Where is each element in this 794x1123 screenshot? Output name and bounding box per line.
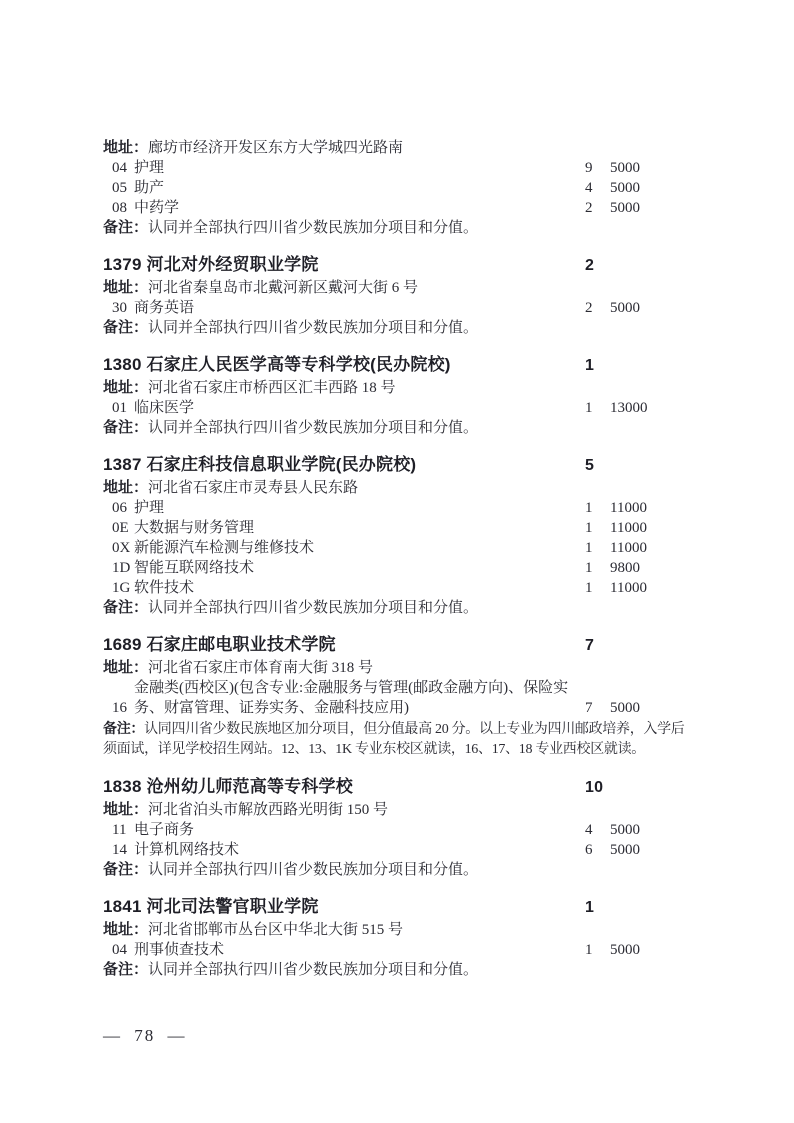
- major-row: 11电子商务45000: [103, 820, 691, 840]
- school-section: 1379 河北对外经贸职业学院2 地址：河北省秦皇岛市北戴河新区戴河大街 6 号…: [103, 253, 691, 338]
- admit-count: 1: [585, 940, 610, 960]
- major-name: 护理: [134, 158, 585, 178]
- major-name: 刑事侦查技术: [134, 940, 585, 960]
- remark-line: 备注：认同并全部执行四川省少数民族加分项目和分值。: [103, 598, 691, 618]
- school-section: 地址：廊坊市经济开发区东方大学城四光路南 04护理95000 05助产45000…: [103, 138, 691, 238]
- school-section: 1380 石家庄人民医学高等专科学校(民办院校)1 地址：河北省石家庄市桥西区汇…: [103, 353, 691, 438]
- admit-count: 7: [585, 698, 610, 718]
- major-code: 06: [112, 498, 134, 518]
- admit-count: 4: [585, 820, 610, 840]
- major-name: 商务英语: [134, 298, 585, 318]
- remark-line: 备注：认同并全部执行四川省少数民族加分项目和分值。: [103, 318, 691, 338]
- document-page: 地址：廊坊市经济开发区东方大学城四光路南 04护理95000 05助产45000…: [0, 0, 794, 1123]
- major-row: 14计算机网络技术65000: [103, 840, 691, 860]
- school-title: 1841 河北司法警官职业学院: [103, 895, 585, 919]
- address-line: 地址：河北省泊头市解放西路光明街 150 号: [103, 800, 691, 820]
- tuition-fee: 5000: [610, 158, 691, 178]
- major-row: 04护理95000: [103, 158, 691, 178]
- school-title: 1689 石家庄邮电职业技术学院: [103, 633, 585, 657]
- school-header: 1380 石家庄人民医学高等专科学校(民办院校)1: [103, 353, 691, 378]
- major-row: 01临床医学113000: [103, 398, 691, 418]
- major-code: 01: [112, 398, 134, 418]
- address-text: 廊坊市经济开发区东方大学城四光路南: [148, 140, 403, 156]
- school-header: 1841 河北司法警官职业学院1: [103, 895, 691, 920]
- major-name: 电子商务: [134, 820, 585, 840]
- school-title: 1379 河北对外经贸职业学院: [103, 253, 585, 277]
- remark-text: 认同并全部执行四川省少数民族加分项目和分值。: [148, 600, 478, 616]
- address-text: 河北省秦皇岛市北戴河新区戴河大街 6 号: [148, 280, 418, 296]
- address-text: 河北省石家庄市灵寿县人民东路: [148, 480, 358, 496]
- address-label: 地址：: [103, 659, 148, 676]
- tuition-fee: 5000: [610, 840, 691, 860]
- remark-text: 认同并全部执行四川省少数民族加分项目和分值。: [148, 320, 478, 336]
- major-code: 04: [112, 940, 134, 960]
- school-header: 1838 沧州幼儿师范高等专科学校10: [103, 775, 691, 800]
- major-name: 中药学: [134, 198, 585, 218]
- remark-label: 备注：: [103, 961, 148, 978]
- page-number: — 78 —: [103, 1026, 187, 1046]
- remark-label: 备注：: [103, 599, 148, 616]
- remark-label: 备注：: [103, 720, 144, 736]
- admit-count: 1: [585, 538, 610, 558]
- address-line: 地址：河北省石家庄市桥西区汇丰西路 18 号: [103, 378, 691, 398]
- remark-label: 备注：: [103, 319, 148, 336]
- remark-text: 须面试，详见学校招生网站。12、13、1K 专业东校区就读，16、17、18 专…: [103, 742, 645, 757]
- major-row: 0E大数据与财务管理111000: [103, 518, 691, 538]
- plan-count: 2: [585, 254, 594, 278]
- school-section: 1387 石家庄科技信息职业学院(民办院校)5 地址：河北省石家庄市灵寿县人民东…: [103, 453, 691, 618]
- address-label: 地址：: [103, 479, 148, 496]
- tuition-fee: 9800: [610, 558, 691, 578]
- major-code: 16: [112, 698, 134, 718]
- major-row: 1D智能互联网络技术19800: [103, 558, 691, 578]
- address-text: 河北省泊头市解放西路光明街 150 号: [148, 802, 388, 818]
- remark-line: 备注：认同四川省少数民族地区加分项目，但分值最高 20 分。以上专业为四川邮政培…: [103, 718, 691, 740]
- plan-count: 5: [585, 454, 594, 478]
- major-name: 护理: [134, 498, 585, 518]
- major-code: 0E: [112, 518, 134, 538]
- remark-line: 备注：认同并全部执行四川省少数民族加分项目和分值。: [103, 218, 691, 238]
- plan-count: 7: [585, 634, 594, 658]
- address-line: 地址：廊坊市经济开发区东方大学城四光路南: [103, 138, 691, 158]
- address-label: 地址：: [103, 801, 148, 818]
- major-code: 0X: [112, 538, 134, 558]
- major-name: 智能互联网络技术: [134, 558, 585, 578]
- major-code: 08: [112, 198, 134, 218]
- admit-count: 1: [585, 398, 610, 418]
- major-name: 临床医学: [134, 398, 585, 418]
- school-header: 1387 石家庄科技信息职业学院(民办院校)5: [103, 453, 691, 478]
- admit-count: 1: [585, 578, 610, 598]
- major-code: 1G: [112, 578, 134, 598]
- tuition-fee: 11000: [610, 578, 691, 598]
- major-code: 1D: [112, 558, 134, 578]
- major-name: 新能源汽车检测与维修技术: [134, 538, 585, 558]
- school-header: 1379 河北对外经贸职业学院2: [103, 253, 691, 278]
- remark-line: 备注：认同并全部执行四川省少数民族加分项目和分值。: [103, 960, 691, 980]
- major-row: 1G软件技术111000: [103, 578, 691, 598]
- tuition-fee: 13000: [610, 398, 691, 418]
- major-row: 16金融类(西校区)(包含专业:金融服务与管理(邮政金融方向)、保险实务、财富管…: [103, 678, 691, 718]
- major-name: 软件技术: [134, 578, 585, 598]
- admit-count: 9: [585, 158, 610, 178]
- major-name: 大数据与财务管理: [134, 518, 585, 538]
- tuition-fee: 11000: [610, 498, 691, 518]
- admit-count: 1: [585, 498, 610, 518]
- remark-line: 须面试，详见学校招生网站。12、13、1K 专业东校区就读，16、17、18 专…: [103, 740, 691, 760]
- major-name: 计算机网络技术: [134, 840, 585, 860]
- remark-text: 认同并全部执行四川省少数民族加分项目和分值。: [148, 220, 478, 236]
- tuition-fee: 5000: [610, 298, 691, 318]
- major-row: 05助产45000: [103, 178, 691, 198]
- address-text: 河北省石家庄市桥西区汇丰西路 18 号: [148, 380, 396, 396]
- major-row: 30商务英语25000: [103, 298, 691, 318]
- tuition-fee: 11000: [610, 518, 691, 538]
- major-name: 助产: [134, 178, 585, 198]
- tuition-fee: 5000: [610, 940, 691, 960]
- major-name: 金融类(西校区)(包含专业:金融服务与管理(邮政金融方向)、保险实务、财富管理、…: [134, 678, 585, 718]
- address-text: 河北省石家庄市体育南大街 318 号: [148, 660, 373, 676]
- plan-count: 1: [585, 896, 594, 920]
- plan-count: 1: [585, 354, 594, 378]
- admit-count: 1: [585, 518, 610, 538]
- address-line: 地址：河北省石家庄市体育南大街 318 号: [103, 658, 691, 678]
- remark-label: 备注：: [103, 419, 148, 436]
- school-header: 1689 石家庄邮电职业技术学院7: [103, 633, 691, 658]
- admit-count: 1: [585, 558, 610, 578]
- admit-count: 2: [585, 298, 610, 318]
- remark-text: 认同并全部执行四川省少数民族加分项目和分值。: [148, 962, 478, 978]
- remark-text: 认同四川省少数民族地区加分项目，但分值最高 20 分。以上专业为四川邮政培养，入…: [144, 722, 684, 737]
- tuition-fee: 5000: [610, 820, 691, 840]
- address-label: 地址：: [103, 279, 148, 296]
- address-line: 地址：河北省石家庄市灵寿县人民东路: [103, 478, 691, 498]
- school-section: 1841 河北司法警官职业学院1 地址：河北省邯郸市丛台区中华北大街 515 号…: [103, 895, 691, 980]
- remark-label: 备注：: [103, 219, 148, 236]
- school-title: 1380 石家庄人民医学高等专科学校(民办院校): [103, 353, 585, 377]
- school-section: 1838 沧州幼儿师范高等专科学校10 地址：河北省泊头市解放西路光明街 150…: [103, 775, 691, 880]
- admit-count: 2: [585, 198, 610, 218]
- remark-text: 认同并全部执行四川省少数民族加分项目和分值。: [148, 420, 478, 436]
- major-row: 08中药学25000: [103, 198, 691, 218]
- address-line: 地址：河北省邯郸市丛台区中华北大街 515 号: [103, 920, 691, 940]
- address-label: 地址：: [103, 921, 148, 938]
- major-code: 14: [112, 840, 134, 860]
- major-code: 05: [112, 178, 134, 198]
- major-row: 0X新能源汽车检测与维修技术111000: [103, 538, 691, 558]
- tuition-fee: 11000: [610, 538, 691, 558]
- plan-count: 10: [585, 776, 603, 800]
- remark-line: 备注：认同并全部执行四川省少数民族加分项目和分值。: [103, 418, 691, 438]
- major-row: 04刑事侦查技术15000: [103, 940, 691, 960]
- major-code: 04: [112, 158, 134, 178]
- remark-line: 备注：认同并全部执行四川省少数民族加分项目和分值。: [103, 860, 691, 880]
- address-line: 地址：河北省秦皇岛市北戴河新区戴河大街 6 号: [103, 278, 691, 298]
- school-section: 1689 石家庄邮电职业技术学院7 地址：河北省石家庄市体育南大街 318 号 …: [103, 633, 691, 760]
- major-row: 06护理111000: [103, 498, 691, 518]
- tuition-fee: 5000: [610, 698, 691, 718]
- admit-count: 6: [585, 840, 610, 860]
- address-label: 地址：: [103, 379, 148, 396]
- remark-label: 备注：: [103, 861, 148, 878]
- school-title: 1387 石家庄科技信息职业学院(民办院校): [103, 453, 585, 477]
- major-code: 30: [112, 298, 134, 318]
- remark-text: 认同并全部执行四川省少数民族加分项目和分值。: [148, 862, 478, 878]
- tuition-fee: 5000: [610, 178, 691, 198]
- address-label: 地址：: [103, 139, 148, 156]
- admit-count: 4: [585, 178, 610, 198]
- content-area: 地址：廊坊市经济开发区东方大学城四光路南 04护理95000 05助产45000…: [103, 138, 691, 980]
- major-code: 11: [112, 820, 134, 840]
- school-title: 1838 沧州幼儿师范高等专科学校: [103, 775, 585, 799]
- tuition-fee: 5000: [610, 198, 691, 218]
- address-text: 河北省邯郸市丛台区中华北大街 515 号: [148, 922, 403, 938]
